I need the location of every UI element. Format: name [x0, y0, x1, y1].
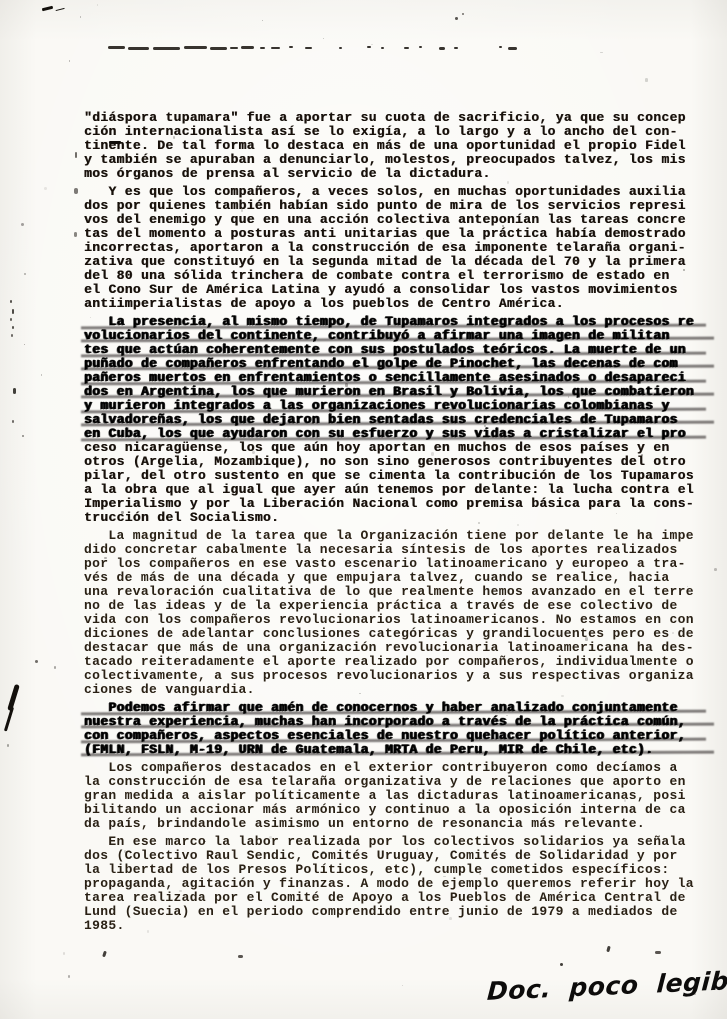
ink-speck — [508, 47, 517, 50]
ink-speck — [13, 388, 16, 394]
ink-speck — [12, 326, 14, 329]
text-line: del 80 una sólida trinchera de combate c… — [84, 269, 716, 283]
text-line: ción internacionalista así se lo exigía,… — [84, 125, 716, 139]
ink-speck — [345, 383, 348, 386]
text-line: otros (Argelia, Mozambique), no son sino… — [84, 455, 716, 469]
ink-speck — [124, 850, 126, 853]
ink-speck — [241, 209, 243, 212]
ink-speck — [108, 46, 125, 49]
paragraph: Y es que los compañeros, a veces solos, … — [84, 185, 716, 311]
paragraph: ceso nicaragüense, los que aún hoy aport… — [84, 441, 716, 525]
ink-speck — [225, 793, 228, 795]
ink-speck — [454, 47, 458, 49]
ink-speck — [128, 47, 149, 50]
ink-speck — [616, 513, 617, 514]
ink-speck — [655, 951, 661, 954]
ink-speck — [600, 52, 602, 53]
ink-speck — [391, 476, 392, 477]
ink-speck — [641, 454, 642, 455]
ink-speck — [305, 47, 312, 49]
ink-speck — [339, 47, 342, 49]
text-line: diciones de adelantar conclusiones categ… — [84, 627, 716, 641]
ink-speck — [393, 812, 395, 814]
text-line: La magnitud de la tarea que la Organizac… — [84, 529, 716, 543]
ink-speck — [381, 47, 384, 49]
ink-speck — [74, 188, 78, 194]
text-line: Podemos afirmar que amén de conocernos y… — [84, 701, 716, 715]
ink-speck — [12, 309, 14, 314]
ink-speck — [419, 46, 422, 48]
ink-speck — [687, 586, 689, 587]
text-line: ciones de vanguardia. — [84, 683, 716, 697]
text-line: la construcción de esa telaraña organiza… — [84, 775, 716, 789]
ink-speck — [63, 952, 65, 955]
text-line: mos órganos de prensa al servicio de la … — [84, 167, 716, 181]
text-line: da país, brindandole asimismo un entorno… — [84, 817, 716, 831]
text-line: el Cono Sur de América Latina y ayudó a … — [84, 283, 716, 297]
text-line: dos por quienes también habían sido punt… — [84, 199, 716, 213]
ink-speck — [271, 47, 280, 49]
ink-speck — [529, 721, 530, 723]
ink-speck — [104, 557, 106, 559]
ink-speck — [455, 17, 458, 20]
text-line: destacar que más de una organización rev… — [84, 641, 716, 655]
text-line: a la obra que al igual que ayer aún tene… — [84, 483, 716, 497]
ink-speck — [90, 317, 91, 318]
ink-speck — [439, 47, 445, 50]
ink-speck — [367, 46, 371, 48]
text-line: dos (Colectivo Raul Sendic, Comités Urug… — [84, 849, 716, 863]
ink-speck — [269, 836, 272, 839]
text-line: puñado de compañeros enfrentando el golp… — [84, 357, 716, 371]
text-line: En ese marco la labor realizada por los … — [84, 835, 716, 849]
ink-speck — [499, 46, 502, 48]
text-line: una revaloración cualitativa de lo que r… — [84, 585, 716, 599]
ink-speck — [10, 318, 12, 321]
text-line: La presencia, al mismo tiempo, de Tupama… — [84, 315, 716, 329]
text-line: en Cuba, los que ayudaron con su esfuerz… — [84, 427, 716, 441]
ink-speck — [689, 491, 691, 493]
text-line: y también se apuraban a denunciarlo, mol… — [84, 153, 716, 167]
ink-speck — [450, 242, 452, 244]
ink-speck — [323, 38, 324, 39]
ink-speck — [479, 872, 481, 874]
ink-speck — [22, 435, 24, 437]
paragraph: "diáspora tupamara" fue a aportar su cuo… — [84, 111, 716, 181]
ink-speck — [238, 955, 243, 958]
text-line: 1985. — [84, 919, 716, 933]
ink-speck — [585, 637, 588, 641]
text-line: dos en Argentina, los que murieron en Br… — [84, 385, 716, 399]
text-line: ceso nicaragüense, los que aún hoy aport… — [84, 441, 716, 455]
ink-speck — [241, 46, 254, 49]
text-line: Imperialismo y por la Liberación Naciona… — [84, 497, 716, 511]
ink-speck — [10, 300, 12, 303]
ink-speck — [507, 181, 509, 184]
text-line: tacado reiteradamente el aporte realizad… — [84, 655, 716, 669]
paragraph: Los compañeros destacados en el exterior… — [84, 761, 716, 831]
ink-speck — [121, 511, 123, 514]
ink-speck — [491, 574, 494, 576]
ink-speck — [11, 334, 13, 337]
ink-speck — [527, 806, 529, 807]
ink-speck — [714, 568, 717, 571]
ink-speck — [642, 330, 644, 332]
ink-speck — [179, 890, 182, 892]
text-line: Lund (Suecia) en el periodo comprendido … — [84, 905, 716, 919]
text-line: tes que actúan coherentemente con sus po… — [84, 343, 716, 357]
text-line: vés de más de una década y que empujara … — [84, 571, 716, 585]
text-line: con compañeros, aspectos esenciales de n… — [84, 729, 716, 743]
text-line: salvadoreñas, los que dejaron bien senta… — [84, 413, 716, 427]
text-line: tinente. De tal forma lo destaca en más … — [84, 139, 716, 153]
ink-speck — [75, 152, 77, 158]
text-line: no de las ideas y de la experiencia prác… — [84, 599, 716, 613]
ink-speck — [517, 524, 519, 526]
ink-speck — [431, 452, 434, 455]
ink-speck — [252, 451, 255, 454]
text-line: tarea realizada por el Comité de Apoyo a… — [84, 891, 716, 905]
ink-speck — [12, 420, 14, 423]
ink-speck — [631, 417, 633, 419]
text-line: Los compañeros destacados en el exterior… — [84, 761, 716, 775]
text-line: y murieron integrados a las organizacion… — [84, 399, 716, 413]
ink-speck — [192, 535, 194, 537]
ink-speck — [153, 47, 180, 50]
text-line: zativa que constituyó en la segunda mita… — [84, 255, 716, 269]
paragraph: Podemos afirmar que amén de conocernos y… — [84, 701, 716, 757]
ink-speck — [408, 723, 411, 726]
ink-speck — [560, 963, 563, 966]
text-line: nuestra experiencia, muchas han incorpor… — [84, 715, 716, 729]
ink-speck — [97, 4, 98, 6]
ink-speck — [449, 917, 452, 920]
ink-speck — [150, 609, 152, 611]
text-line: dido concretar cabalmente la necesaria s… — [84, 543, 716, 557]
ink-speck — [462, 13, 464, 15]
text-line: (FMLN, FSLN, M-19, URN de Guatemala, MRT… — [84, 743, 716, 757]
text-line: Y es que los compañeros, a veces solos, … — [84, 185, 716, 199]
text-line: por los compañeros en ese vasto escenari… — [84, 557, 716, 571]
text-line: bilitando un accionar más armónico y con… — [84, 803, 716, 817]
ink-speck — [502, 225, 504, 226]
text-line: incorrectas, aportaron a la construcción… — [84, 241, 716, 255]
paragraph: En ese marco la labor realizada por los … — [84, 835, 716, 933]
ink-speck — [24, 273, 27, 275]
ink-speck — [645, 78, 648, 81]
ink-speck — [506, 715, 508, 716]
ink-speck — [672, 632, 674, 634]
ink-speck — [41, 374, 43, 376]
paragraph: La magnitud de la tarea que la Organizac… — [84, 529, 716, 697]
ink-speck — [149, 393, 151, 396]
text-line: vida con los compañeros revolucionarios … — [84, 613, 716, 627]
text-line: propaganda, agitación y finanzas. A modo… — [84, 877, 716, 891]
ink-speck — [117, 172, 119, 174]
text-line: gran medida a aislar políticamente a las… — [84, 789, 716, 803]
text-line: tas del momento a posturas anti unitaria… — [84, 227, 716, 241]
text-line: "diáspora tupamara" fue a aportar su cuo… — [84, 111, 716, 125]
ink-speck — [74, 232, 77, 237]
ink-speck — [289, 46, 293, 48]
ink-speck — [210, 47, 227, 50]
text-line: pañeros muertos en enfrentamientos o sen… — [84, 371, 716, 385]
text-line: trucción del Socialismo. — [84, 511, 716, 525]
text-line: volucionarios del continente, contribuyó… — [84, 329, 716, 343]
text-line: colectivamente, a sus procesos revolucio… — [84, 669, 716, 683]
ink-speck — [230, 47, 238, 49]
stray-ink-dash — [109, 141, 121, 144]
ink-speck — [260, 47, 265, 49]
text-line: la libertad de los Presos Políticos, etc… — [84, 863, 716, 877]
ink-speck — [35, 660, 38, 663]
text-line: pilar, del otro sustento en que se cimen… — [84, 469, 716, 483]
text-line: vos del enemigo y que en una acción cole… — [84, 213, 716, 227]
ink-speck — [371, 44, 372, 45]
ink-speck — [184, 46, 207, 49]
paragraph: La presencia, al mismo tiempo, de Tupama… — [84, 315, 716, 441]
text-line: antiimperialistas de apoyo a los pueblos… — [84, 297, 716, 311]
ink-speck — [54, 666, 56, 669]
document-text: "diáspora tupamara" fue a aportar su cuo… — [84, 111, 716, 933]
ink-speck — [404, 47, 409, 49]
ink-speck — [378, 276, 380, 279]
